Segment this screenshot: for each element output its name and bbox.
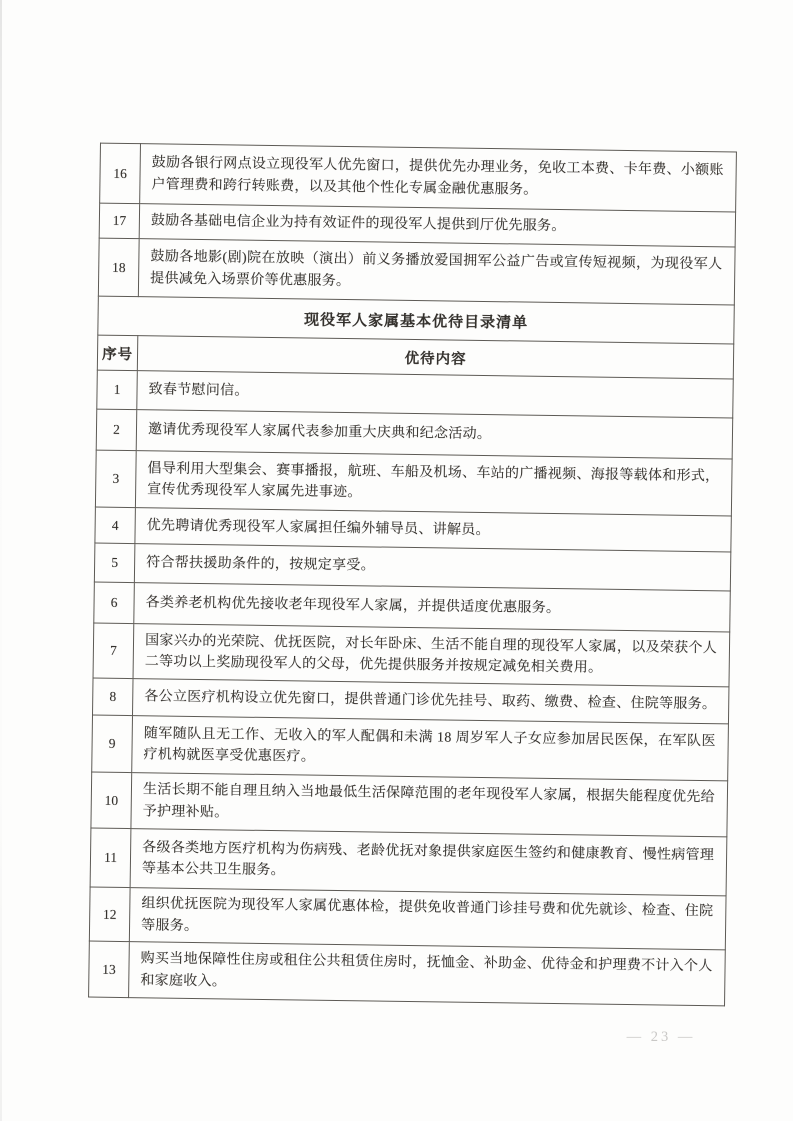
table-row: 16鼓励各银行网点设立现役军人优先窗口，提供优先办理业务，免收工本费、卡年费、小… [100, 143, 737, 212]
row-number-cell: 7 [93, 623, 134, 679]
row-number-cell: 13 [89, 941, 130, 998]
row-number-cell: 10 [91, 772, 132, 829]
table-row: 12组织优抚医院为现役军人家属优惠体检，提供免收普通门诊挂号费和优先就诊、检查、… [89, 887, 726, 950]
table-row: 3倡导利用大型集会、赛事播报，航班、车船及机场、车站的广播视频、海报等载体和形式… [95, 450, 732, 516]
scanned-document-page: 16鼓励各银行网点设立现役军人优先窗口，提供优先办理业务，免收工本费、卡年费、小… [0, 0, 793, 1121]
row-content-cell: 购买当地保障性住房或租住公共租赁住房时，抚恤金、补助金、优待金和护理费不计入个人… [129, 942, 726, 1006]
row-number-cell: 16 [100, 143, 141, 204]
row-number-cell: 2 [96, 409, 137, 451]
row-content-cell: 随军随队且无工作、无收入的军人配偶和未满 18 周岁军人子女应参加居民医保，在军… [132, 716, 729, 781]
row-number-cell: 1 [97, 370, 138, 410]
row-number-cell: 3 [95, 450, 136, 508]
row-content-cell: 倡导利用大型集会、赛事播报，航班、车船及机场、车站的广播视频、海报等载体和形式，… [135, 451, 732, 516]
table-row: 11各级各类地方医疗机构为伤病残、老龄优抚对象提供家庭医生签约和健康教育、慢性病… [90, 828, 727, 896]
row-number-cell: 17 [99, 203, 139, 239]
row-number-cell: 5 [94, 543, 135, 583]
benefits-table: 16鼓励各银行网点设立现役军人优先窗口，提供优先办理业务，免收工本费、卡年费、小… [88, 143, 737, 1007]
row-content-cell: 各级各类地方医疗机构为伤病残、老龄优抚对象提供家庭医生签约和健康教育、慢性病管理… [130, 829, 727, 896]
row-content-cell: 国家兴办的光荣院、优抚医院，对长年卧床、生活不能自理的现役军人家属，以及荣获个人… [133, 624, 730, 687]
row-number-cell: 12 [89, 887, 130, 942]
table-row: 13购买当地保障性住房或租住公共租赁住房时，抚恤金、补助金、优待金和护理费不计入… [89, 941, 726, 1006]
row-content-cell: 鼓励各地影(剧)院在放映（演出）前义务播放爱国拥军公益广告或宣传短视频，为现役军… [138, 239, 735, 305]
table-row: 7国家兴办的光荣院、优抚医院，对长年卧床、生活不能自理的现役军人家属，以及荣获个… [93, 623, 730, 687]
table-row: 18鼓励各地影(剧)院在放映（演出）前义务播放爱国拥军公益广告或宣传短视频，为现… [98, 238, 735, 305]
row-number-cell: 4 [95, 507, 135, 544]
row-content-cell: 组织优抚医院为现役军人家属优惠体检，提供免收普通门诊挂号费和优先就诊、检查、住院… [129, 888, 726, 950]
column-header-no: 序号 [97, 335, 137, 371]
table-row: 10生活长期不能自理且纳入当地最低生活保障范围的老年现役军人家属，根据失能程度优… [91, 772, 728, 837]
row-number-cell: 6 [94, 582, 135, 624]
table-row: 9随军随队且无工作、无收入的军人配偶和未满 18 周岁军人子女应参加居民医保，在… [92, 715, 729, 781]
row-content-cell: 鼓励各银行网点设立现役军人优先窗口，提供优先办理业务，免收工本费、卡年费、小额账… [140, 144, 737, 212]
page-number: — 23 — [596, 1029, 726, 1046]
row-content-cell: 生活长期不能自理且纳入当地最低生活保障范围的老年现役军人家属，根据失能程度优先给… [131, 773, 728, 837]
row-number-cell: 18 [98, 238, 139, 297]
benefits-table-body: 16鼓励各银行网点设立现役军人优先窗口，提供优先办理业务，免收工本费、卡年费、小… [89, 143, 737, 1006]
row-number-cell: 11 [90, 828, 131, 888]
scan-edge-artifact [0, 0, 2, 1121]
row-number-cell: 9 [92, 715, 133, 773]
row-number-cell: 8 [93, 678, 134, 716]
